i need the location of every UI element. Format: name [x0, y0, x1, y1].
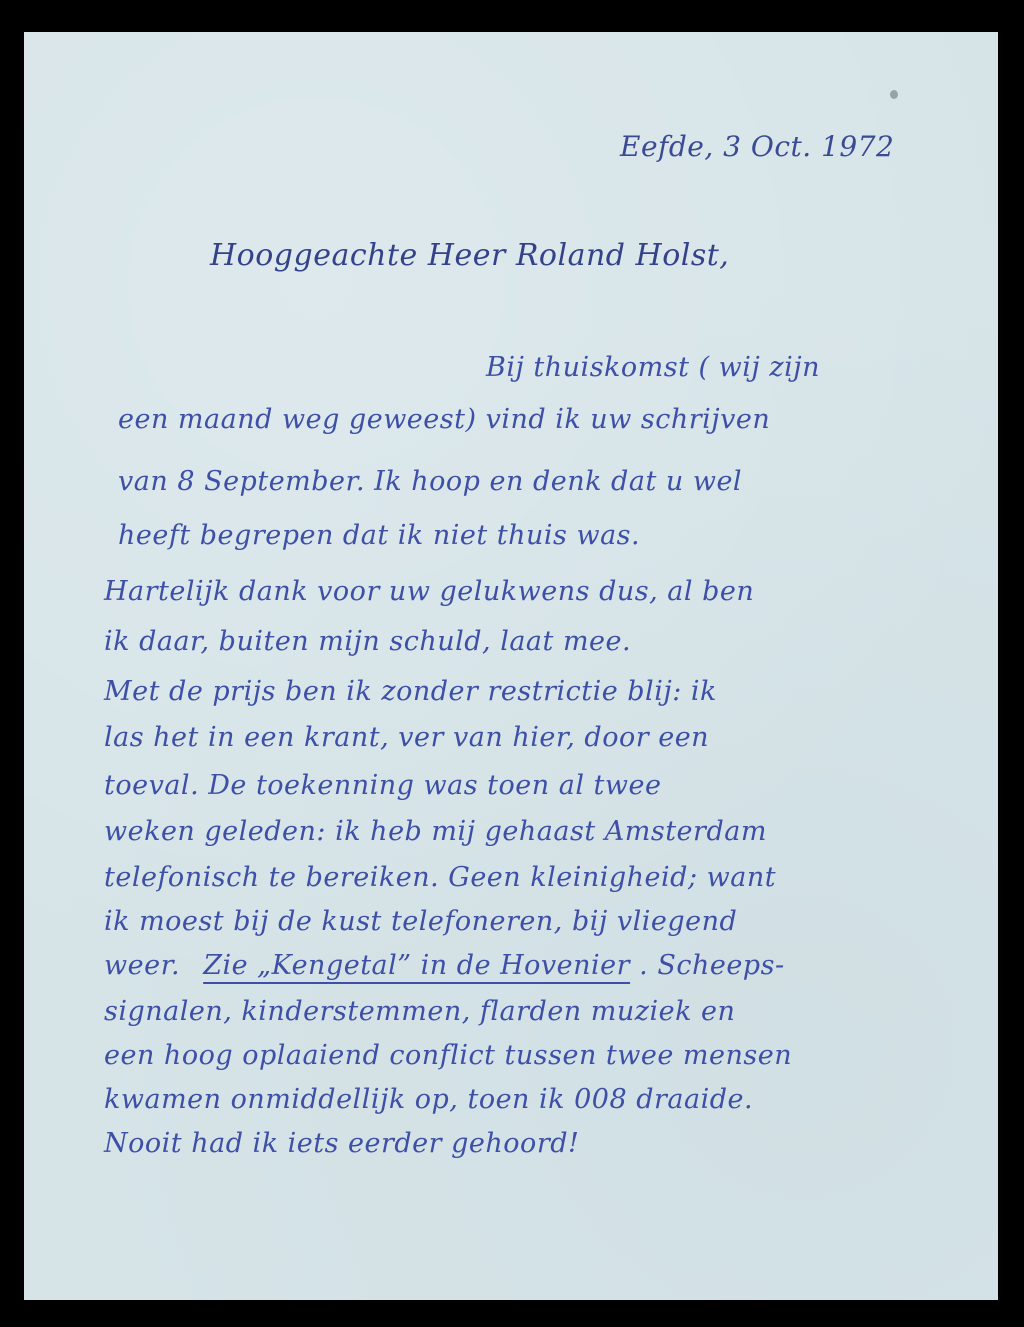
letter-line-12: ik moest bij de kust telefoneren, bij vl…: [104, 906, 737, 937]
underlined-reference: Zie „Kengetal” in de Hovenier: [203, 950, 630, 981]
salutation: Hooggeachte Heer Roland Holst,: [210, 238, 729, 273]
letter-line-15: een hoog oplaaiend conflict tussen twee …: [104, 1040, 792, 1071]
line-13-tail: . Scheeps-: [639, 950, 784, 981]
letter-line-2: een maand weg geweest) vind ik uw schrij…: [118, 404, 770, 435]
paper-speck: [890, 90, 898, 99]
letter-line-3: van 8 September. Ik hoop en denk dat u w…: [118, 466, 742, 497]
place-date: Eefde, 3 Oct. 1972: [620, 130, 894, 163]
letter-line-7: Met de prijs ben ik zonder restrictie bl…: [104, 676, 717, 707]
letter-line-4: heeft begrepen dat ik niet thuis was.: [118, 520, 640, 551]
letter-line-11: telefonisch te bereiken. Geen kleinighei…: [104, 862, 776, 893]
letter-line-16: kwamen onmiddellijk op, toen ik 008 draa…: [104, 1084, 753, 1115]
letter-line-17: Nooit had ik iets eerder gehoord!: [104, 1128, 579, 1159]
letter-line-9: toeval. De toekenning was toen al twee: [104, 770, 661, 801]
letter-line-5: Hartelijk dank voor uw gelukwens dus, al…: [104, 576, 754, 607]
line-13-start: weer.: [104, 950, 180, 981]
letter-line-1: Bij thuiskomst ( wij zijn: [486, 352, 820, 383]
letter-line-6: ik daar, buiten mijn schuld, laat mee.: [104, 626, 631, 657]
letter-line-14: signalen, kinderstemmen, flarden muziek …: [104, 996, 735, 1027]
letter-line-13: weer. Zie „Kengetal” in de Hovenier . Sc…: [104, 950, 785, 981]
letter-line-8: las het in een krant, ver van hier, door…: [104, 722, 709, 753]
letter-line-10: weken geleden: ik heb mij gehaast Amster…: [104, 816, 767, 847]
